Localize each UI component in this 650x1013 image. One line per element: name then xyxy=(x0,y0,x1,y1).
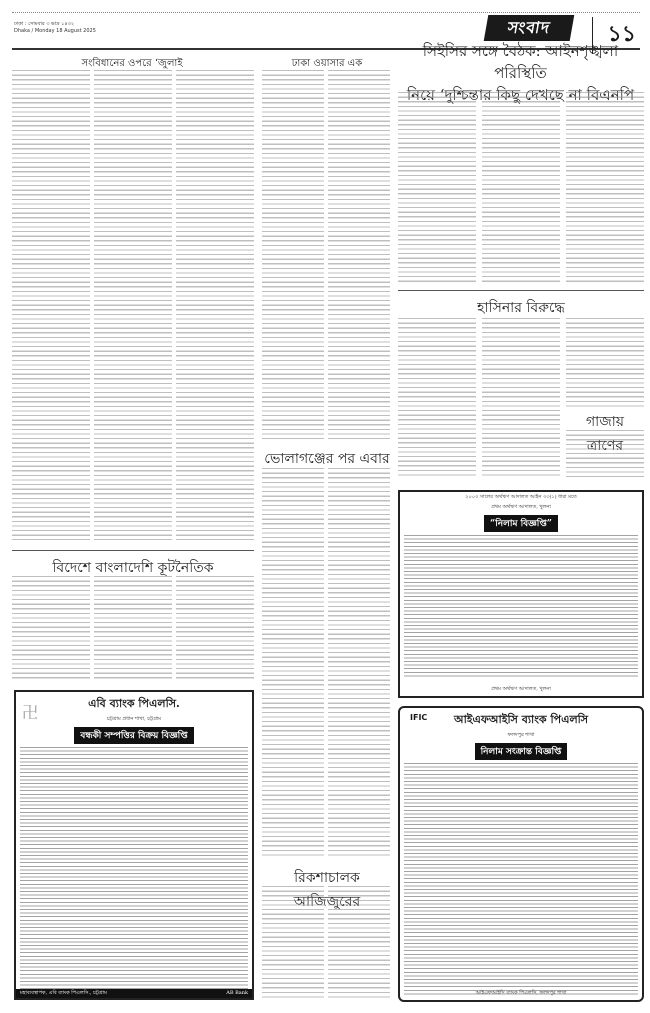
ad-ab-bank-footer-right: AB Bank xyxy=(226,990,248,997)
article-hasina-col1 xyxy=(398,318,476,478)
headline-bnp-line1: সিইসির সঙ্গে বৈঠক: আইনশৃঙ্খলা পরিস্থিতি xyxy=(398,40,643,84)
divider xyxy=(398,290,644,291)
article-constitution-col3 xyxy=(176,70,254,540)
ad-ific-banner: নিলাম সংক্রান্ত বিজ্ঞপ্তি xyxy=(475,743,568,760)
bank-logo-icon: 卍 xyxy=(22,700,38,723)
article-diplomat-col2 xyxy=(94,576,172,680)
ad-auction-banner: “নিলাম বিজ্ঞপ্তি” xyxy=(484,515,558,532)
divider xyxy=(12,550,254,551)
ad-ific-branch: ফলদপুর শাখা xyxy=(400,732,642,740)
ad-ific-bank: IFIC আইএফআইসি ব্যাংক পিএলসি ফলদপুর শাখা … xyxy=(398,706,644,1002)
article-rickshaw-col2 xyxy=(328,886,390,1001)
ad-auction-footer: প্রথম অর্থঋণ আদালত, খুলনা xyxy=(400,686,642,694)
article-bholaganj-col2 xyxy=(328,468,390,858)
headline-hasina: হাসিনার বিরুদ্ধে xyxy=(398,296,644,320)
ad-ab-bank-body xyxy=(20,747,248,993)
ad-ific-body xyxy=(404,763,638,995)
ad-ab-bank: 卍 এবি ব্যাংক পিএলসি. চট্টগ্রাম প্রধান শা… xyxy=(14,690,254,1000)
ad-ab-bank-footer: মহাব্যবস্থাপক, এবি ব্যাংক পিএলসি., চট্টগ… xyxy=(16,989,252,998)
article-constitution-col1 xyxy=(12,70,90,540)
article-hasina-col2 xyxy=(482,318,560,478)
ad-auction-header2: প্রথম অর্থঋণ আদালত, খুলনা xyxy=(400,504,642,512)
article-bnp-col1 xyxy=(398,92,476,282)
ad-ab-bank-address: চট্টগ্রাম প্রধান শাখা, চট্টগ্রাম xyxy=(16,716,252,724)
article-bnp-col3 xyxy=(566,92,644,282)
ad-ific-footer: আইএফআইসি ব্যাংক পিএলসি, ফলদপুর শাখা xyxy=(400,990,642,998)
article-diplomat-col3 xyxy=(176,576,254,680)
article-bholaganj-col1 xyxy=(262,468,324,858)
ad-ab-bank-title: এবি ব্যাংক পিএলসি. xyxy=(16,695,252,714)
ad-ab-bank-footer-left: মহাব্যবস্থাপক, এবি ব্যাংক পিএলসি., চট্টগ… xyxy=(20,990,107,997)
article-rickshaw-col1 xyxy=(262,886,324,1001)
ad-auction-notice: ২০০৩ সালের অর্থঋণ আদালত আইন ৩৩(১) ধারা ম… xyxy=(398,490,644,698)
ific-logo: IFIC xyxy=(410,713,427,722)
article-wasa-col1 xyxy=(262,70,324,440)
newspaper-logo: সংবাদ xyxy=(484,15,575,41)
dateline-english: Dhaka / Monday 18 August 2025 xyxy=(14,28,96,35)
ad-ab-bank-banner: বন্ধকী সম্পত্তির বিক্রয় বিজ্ঞপ্তি xyxy=(74,727,193,744)
article-diplomat-col1 xyxy=(12,576,90,680)
article-constitution-col2 xyxy=(94,70,172,540)
dateline-bangla: ঢাকা : সোমবার ৩ ভাদ্র ১৪৩২ xyxy=(14,21,96,28)
article-wasa-col2 xyxy=(328,70,390,440)
dateline: ঢাকা : সোমবার ৩ ভাদ্র ১৪৩২ Dhaka / Monda… xyxy=(14,21,96,35)
ad-auction-header1: ২০০৩ সালের অর্থঋণ আদালত আইন ৩৩(১) ধারা ম… xyxy=(400,494,642,502)
ad-auction-body xyxy=(404,535,638,679)
article-hasina-col3 xyxy=(566,318,644,408)
ad-ific-title: আইএফআইসি ব্যাংক পিএলসি xyxy=(400,711,642,730)
article-bnp-col2 xyxy=(482,92,560,282)
article-gaza xyxy=(566,430,644,478)
